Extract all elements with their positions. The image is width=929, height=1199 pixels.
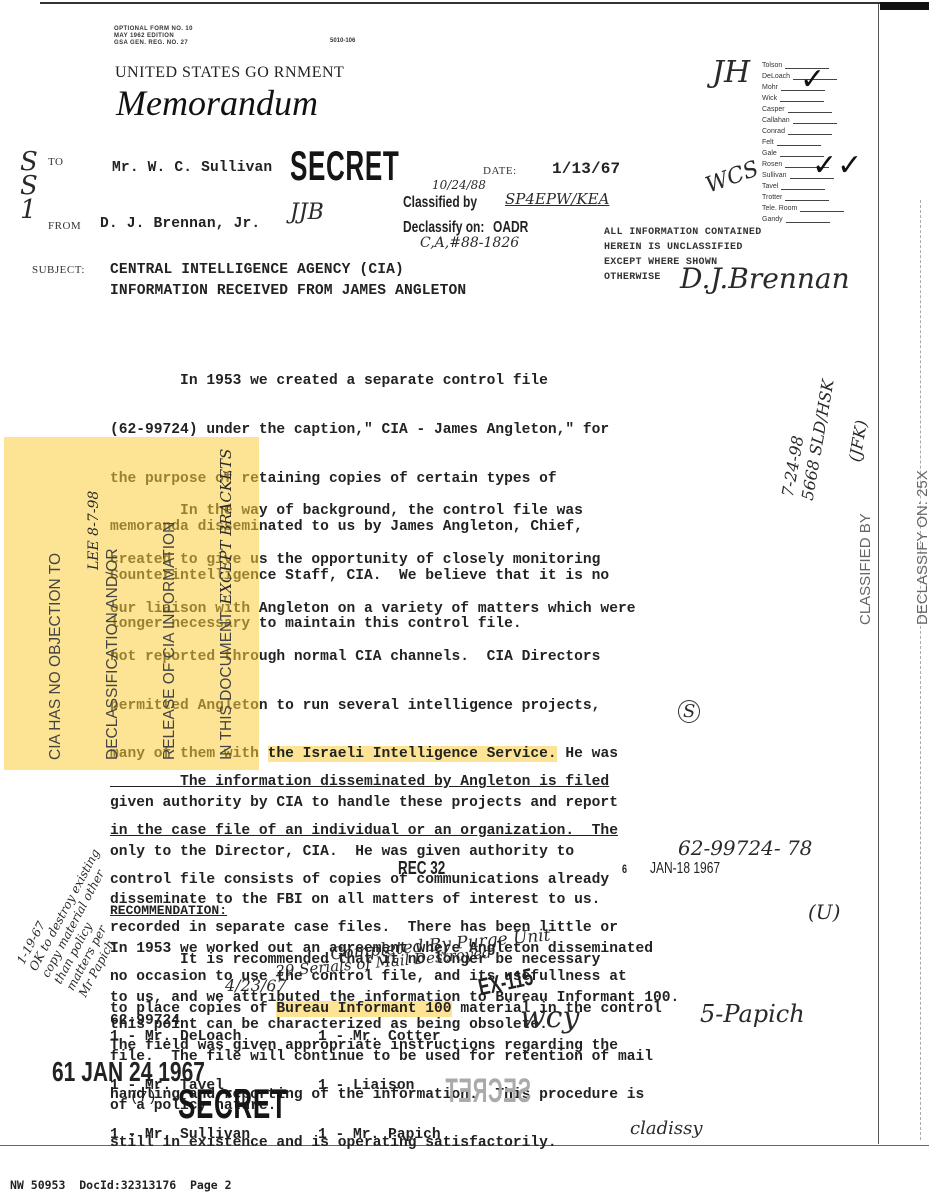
- routing-entry: Trotter: [762, 192, 844, 203]
- routing-entry: Tele. Room: [762, 203, 844, 214]
- from-label: FROM: [48, 220, 81, 232]
- handwritten-scribble: cladissy: [630, 1118, 703, 1139]
- classified-by-value: SP4EPW/KEA: [505, 190, 609, 208]
- classified-by-label: Classified by: [403, 194, 477, 212]
- secret-stamp-bleedthrough: SECRET: [445, 1072, 531, 1111]
- handwritten-initials: JH: [712, 55, 750, 90]
- cia-stamp-signature: LEE 8-7-98: [86, 491, 102, 570]
- handwritten-declass-code: (JFK): [845, 419, 871, 464]
- date-label: DATE:: [483, 165, 517, 177]
- routing-entry: Felt: [762, 137, 844, 148]
- check-mark-icon: ✓✓: [812, 148, 862, 183]
- page-tab-mark: [880, 2, 929, 10]
- handwritten-classification-u: (U): [808, 900, 840, 924]
- from-value: D. J. Brennan, Jr.: [100, 216, 260, 232]
- handwritten-signature: D.J.Brennan: [680, 262, 850, 295]
- subject-label: SUBJECT:: [32, 264, 85, 276]
- routing-entry: Casper: [762, 104, 844, 115]
- date-value: 1/13/67: [552, 160, 620, 178]
- form-code: 5010-106: [330, 38, 355, 44]
- handwritten-initials: wcy: [520, 1000, 579, 1035]
- form-metadata: OPTIONAL FORM NO. 10 MAY 1962 EDITION GS…: [114, 26, 193, 47]
- cia-release-stamp: CIA HAS NO OBJECTION TO DECLASSIFICATION…: [4, 437, 259, 770]
- agency-heading: UNITED STATES GO RNMENT: [115, 64, 344, 82]
- handwritten-initials: WCS: [702, 156, 762, 198]
- handwritten-signoff: 5-Papich: [700, 1000, 805, 1028]
- handwritten-file-ref: 62-99724- 78: [678, 836, 812, 860]
- secret-stamp-bottom: SECRET: [178, 1080, 287, 1128]
- declass-stamp: CLASSIFIED BY DECLASSIFY ON: 25X: [818, 470, 929, 625]
- routing-entry: Callahan: [762, 115, 844, 126]
- page-border: [40, 2, 929, 4]
- enclosure-count: (7): [130, 1090, 157, 1106]
- document-footer: NW 50953 DocId:32313176 Page 2: [10, 1178, 232, 1192]
- document-title: Memorandum: [116, 82, 318, 124]
- recommendation-label: RECOMMENDATION:: [110, 903, 830, 919]
- handwritten-margin-mark: SS1: [20, 150, 38, 222]
- declassify-note: C,A,#88-1826: [420, 235, 519, 251]
- to-value: Mr. W. C. Sullivan: [112, 160, 272, 176]
- check-mark-icon: ✓: [800, 62, 825, 97]
- classified-date: 10/24/88: [432, 178, 486, 192]
- subject-line-2: INFORMATION RECEIVED FROM JAMES ANGLETON: [110, 283, 466, 299]
- routing-entry: Conrad: [762, 126, 844, 137]
- page-edge-dotted: [920, 200, 922, 1140]
- subject-line-1: CENTRAL INTELLIGENCE AGENCY (CIA): [110, 262, 404, 278]
- secret-stamp-top: SECRET: [290, 142, 399, 190]
- to-label: TO: [48, 156, 63, 168]
- handwritten-initials: JJB: [290, 200, 324, 225]
- routing-entry: Gandy: [762, 214, 844, 225]
